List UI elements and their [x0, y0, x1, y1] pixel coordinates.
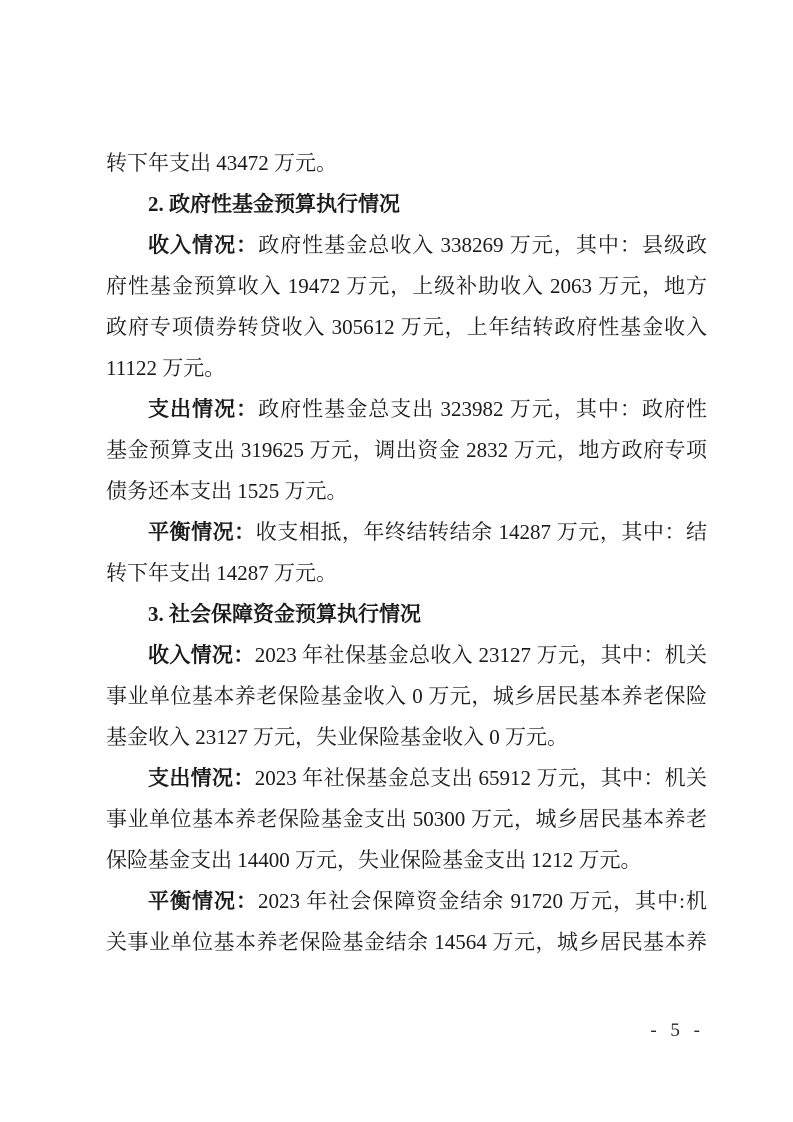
emphasis-text: 平衡情况： [148, 520, 256, 544]
text-line: 债务还本支出 1525 万元。 [106, 471, 707, 512]
text-line: 转下年支出 43472 万元。 [106, 143, 707, 184]
text-line: 收入情况：2023 年社保基金总收入 23127 万元，其中：机关 [106, 635, 707, 676]
text-line: 政府专项债券转贷收入 305612 万元，上年结转政府性基金收入 [106, 307, 707, 348]
text-line: 平衡情况：2023 年社会保障资金结余 91720 万元，其中:机 [106, 881, 707, 922]
text-line: 事业单位基本养老保险基金收入 0 万元，城乡居民基本养老保险 [106, 676, 707, 717]
body-text: 转下年支出 14287 万元。 [106, 561, 337, 585]
body-text: 2023 年社保基金总收入 23127 万元，其中：机关 [255, 643, 707, 667]
emphasis-text: 平衡情况： [148, 889, 258, 913]
body-text: 事业单位基本养老保险基金收入 0 万元，城乡居民基本养老保险 [106, 684, 707, 708]
body-text: 政府专项债券转贷收入 305612 万元，上年结转政府性基金收入 [106, 315, 707, 339]
text-line: 11122 万元。 [106, 348, 707, 389]
body-text: 基金预算支出 319625 万元，调出资金 2832 万元，地方政府专项 [106, 438, 707, 462]
document-body: 转下年支出 43472 万元。2. 政府性基金预算执行情况收入情况：政府性基金总… [106, 143, 707, 963]
text-line: 保险基金支出 14400 万元，失业保险基金支出 1212 万元。 [106, 840, 707, 881]
text-line: 转下年支出 14287 万元。 [106, 553, 707, 594]
emphasis-text: 2. 政府性基金预算执行情况 [148, 192, 400, 216]
text-line: 府性基金预算收入 19472 万元，上级补助收入 2063 万元，地方 [106, 266, 707, 307]
body-text: 政府性基金总收入 338269 万元，其中：县级政 [258, 233, 707, 257]
body-text: 基金收入 23127 万元，失业保险基金收入 0 万元。 [106, 725, 568, 749]
text-line: 关事业单位基本养老保险基金结余 14564 万元，城乡居民基本养 [106, 922, 707, 963]
body-text: 收支相抵，年终结转结余 14287 万元，其中：结 [256, 520, 707, 544]
text-line: 事业单位基本养老保险基金支出 50300 万元，城乡居民基本养老 [106, 799, 707, 840]
page-number: - 5 - [650, 1018, 701, 1044]
text-line: 平衡情况：收支相抵，年终结转结余 14287 万元，其中：结 [106, 512, 707, 553]
body-text: 债务还本支出 1525 万元。 [106, 479, 348, 503]
body-text: 2023 年社保基金总支出 65912 万元，其中：机关 [255, 766, 707, 790]
text-line: 收入情况：政府性基金总收入 338269 万元，其中：县级政 [106, 225, 707, 266]
text-line: 基金收入 23127 万元，失业保险基金收入 0 万元。 [106, 717, 707, 758]
emphasis-text: 收入情况： [148, 233, 258, 257]
body-text: 11122 万元。 [106, 356, 225, 380]
text-line: 支出情况：2023 年社保基金总支出 65912 万元，其中：机关 [106, 758, 707, 799]
section-heading: 3. 社会保障资金预算执行情况 [106, 594, 707, 635]
emphasis-text: 收入情况： [148, 643, 255, 667]
text-line: 基金预算支出 319625 万元，调出资金 2832 万元，地方政府专项 [106, 430, 707, 471]
body-text: 转下年支出 43472 万元。 [106, 151, 337, 175]
emphasis-text: 支出情况： [148, 766, 255, 790]
body-text: 事业单位基本养老保险基金支出 50300 万元，城乡居民基本养老 [106, 807, 707, 831]
emphasis-text: 3. 社会保障资金预算执行情况 [148, 602, 421, 626]
section-heading: 2. 政府性基金预算执行情况 [106, 184, 707, 225]
body-text: 关事业单位基本养老保险基金结余 14564 万元，城乡居民基本养 [106, 930, 707, 954]
document-page: 转下年支出 43472 万元。2. 政府性基金预算执行情况收入情况：政府性基金总… [0, 0, 793, 1122]
body-text: 2023 年社会保障资金结余 91720 万元，其中:机 [258, 889, 707, 913]
body-text: 保险基金支出 14400 万元，失业保险基金支出 1212 万元。 [106, 848, 642, 872]
body-text: 府性基金预算收入 19472 万元，上级补助收入 2063 万元，地方 [106, 274, 707, 298]
body-text: 政府性基金总支出 323982 万元，其中：政府性 [258, 397, 707, 421]
text-line: 支出情况：政府性基金总支出 323982 万元，其中：政府性 [106, 389, 707, 430]
emphasis-text: 支出情况： [148, 397, 258, 421]
